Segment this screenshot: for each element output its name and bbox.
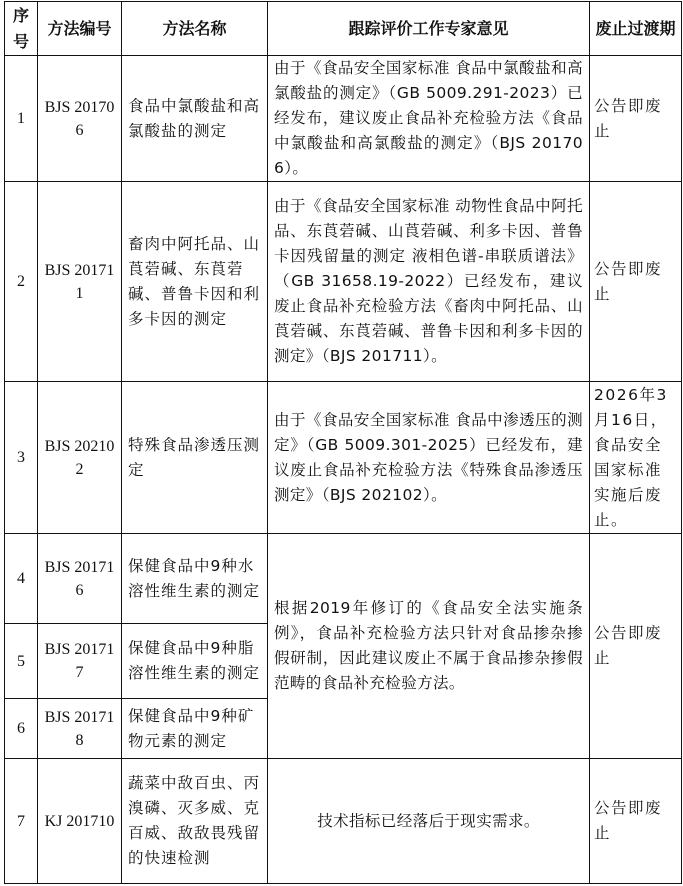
row-index: 1 <box>5 56 38 182</box>
transition-period: 2026年3月16日，食品安全国家标准实施后废止。 <box>590 382 682 534</box>
method-code: BJS 201716 <box>38 534 122 624</box>
transition-period: 公告即废止 <box>590 182 682 382</box>
transition-period: 公告即废止 <box>590 56 682 182</box>
method-abolition-table: 序号 方法编号 方法名称 跟踪评价工作专家意见 废止过渡期 1 BJS 2017… <box>4 1 682 884</box>
table-row: 7 KJ 201710 蔬菜中敌百虫、丙溴磷、灭多威、克百威、敌敌畏残留的快速检… <box>5 759 682 884</box>
method-code: BJS 201718 <box>38 699 122 759</box>
table-row: 1 BJS 201706 食品中氯酸盐和高氯酸盐的测定 由于《食品安全国家标准 … <box>5 56 682 182</box>
expert-opinion: 由于《食品安全国家标准 食品中渗透压的测定》（GB 5009.301-2025）… <box>268 382 590 534</box>
expert-opinion: 由于《食品安全国家标准 动物性食品中阿托品、东莨菪碱、山莨菪碱、利多卡因、普鲁卡… <box>268 182 590 382</box>
method-name: 畜肉中阿托品、山莨菪碱、东莨菪碱、普鲁卡因和利多卡因的测定 <box>122 182 268 382</box>
row-index: 5 <box>5 624 38 699</box>
header-code: 方法编号 <box>38 2 122 56</box>
expert-opinion: 由于《食品安全国家标准 食品中氯酸盐和高氯酸盐的测定》（GB 5009.291-… <box>268 56 590 182</box>
method-name: 食品中氯酸盐和高氯酸盐的测定 <box>122 56 268 182</box>
row-index: 2 <box>5 182 38 382</box>
transition-period: 公告即废止 <box>590 759 682 884</box>
method-name: 保健食品中9种水溶性维生素的测定 <box>122 534 268 624</box>
row-index: 7 <box>5 759 38 884</box>
method-code: BJS 201717 <box>38 624 122 699</box>
header-idx: 序号 <box>5 2 38 56</box>
expert-opinion: 技术指标已经落后于现实需求。 <box>268 759 590 884</box>
method-code: BJS 201706 <box>38 56 122 182</box>
table-row: 3 BJS 202102 特殊食品渗透压测定 由于《食品安全国家标准 食品中渗透… <box>5 382 682 534</box>
header-period: 废止过渡期 <box>590 2 682 56</box>
row-index: 4 <box>5 534 38 624</box>
method-code: KJ 201710 <box>38 759 122 884</box>
method-name: 保健食品中9种脂溶性维生素的测定 <box>122 624 268 699</box>
method-name: 特殊食品渗透压测定 <box>122 382 268 534</box>
method-name: 蔬菜中敌百虫、丙溴磷、灭多威、克百威、敌敌畏残留的快速检测 <box>122 759 268 884</box>
method-code: BJS 202102 <box>38 382 122 534</box>
expert-opinion-merged: 根据2019年修订的《食品安全法实施条例》，食品补充检验方法只针对食品掺杂掺假研… <box>268 534 590 759</box>
row-index: 3 <box>5 382 38 534</box>
table-row: 4 BJS 201716 保健食品中9种水溶性维生素的测定 根据2019年修订的… <box>5 534 682 624</box>
header-row: 序号 方法编号 方法名称 跟踪评价工作专家意见 废止过渡期 <box>5 2 682 56</box>
transition-period-merged: 公告即废止 <box>590 534 682 759</box>
row-index: 6 <box>5 699 38 759</box>
header-name: 方法名称 <box>122 2 268 56</box>
method-code: BJS 201711 <box>38 182 122 382</box>
method-name: 保健食品中9种矿物元素的测定 <box>122 699 268 759</box>
table-row: 2 BJS 201711 畜肉中阿托品、山莨菪碱、东莨菪碱、普鲁卡因和利多卡因的… <box>5 182 682 382</box>
header-opinion: 跟踪评价工作专家意见 <box>268 2 590 56</box>
